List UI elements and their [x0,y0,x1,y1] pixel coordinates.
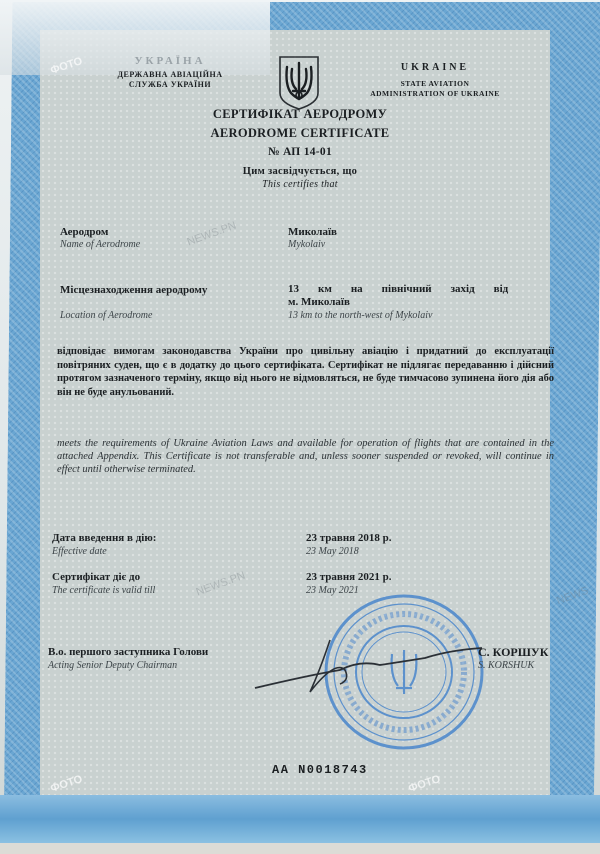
tryzub-coat-of-arms-icon [277,55,321,111]
title-ua: СЕРТИФІКАТ АЕРОДРОМУ [0,107,600,122]
header-agency-ua: ДЕРЖАВНА АВІАЦІЙНА СЛУЖБА УКРАЇНИ [90,70,250,90]
signatory-position-ua: В.о. першого заступника Голови [48,646,208,658]
effective-value-ua: 23 травня 2018 р. [306,532,392,544]
location-label-en: Location of Aerodrome [60,310,152,321]
effective-label-en: Effective date [52,546,107,557]
aerodrome-value-en: Mykolaiv [288,239,325,250]
header-agency-ua-line1: ДЕРЖАВНА АВІАЦІЙНА [90,70,250,80]
aerodrome-label-en: Name of Aerodrome [60,239,140,250]
effective-label-ua: Дата введення в дію: [52,532,156,544]
valid-label-en: The certificate is valid till [52,585,155,596]
header-agency-en-line2: ADMINISTRATION OF UKRAINE [345,89,525,99]
valid-value-ua: 23 травня 2021 р. [306,571,392,583]
header-agency-ua-line2: СЛУЖБА УКРАЇНИ [90,80,250,90]
certifies-en: This certifies that [0,179,600,190]
effective-value-en: 23 May 2018 [306,546,359,557]
handwritten-signature-icon [250,620,490,710]
certificate-number: № АП 14-01 [0,146,600,158]
serial-number: АА N0018743 [272,763,368,777]
body-text-en: meets the requirements of Ukraine Aviati… [57,437,554,476]
location-value-ua-line2: м. Миколаїв [288,296,350,308]
header-country-ua: УКРАЇНА [100,55,240,67]
location-label-ua: Місцезнаходження аеродрому [60,284,207,296]
signatory-name-ua: С. КОРШУК [478,645,548,660]
header-agency-en-line1: STATE AVIATION [345,79,525,89]
valid-label-ua: Сертифікат діє до [52,571,140,583]
body-text-ua: відповідає вимогам законодавства України… [57,345,554,399]
location-value-en: 13 km to the north-west of Mykolaiv [288,310,432,321]
location-value-ua-line1: 13 км на північний захід від [288,283,550,295]
signatory-position-en: Acting Senior Deputy Chairman [48,660,177,671]
aerodrome-value-ua: Миколаїв [288,226,337,238]
aerodrome-label-ua: Аеродром [60,226,108,238]
header-agency-en: STATE AVIATION ADMINISTRATION OF UKRAINE [345,79,525,99]
certifies-ua: Цим засвідчується, що [0,166,600,177]
signatory-name-en: S. KORSHUK [478,660,534,671]
title-en: AERODROME CERTIFICATE [0,126,600,141]
header-country-en: UKRAINE [350,62,520,73]
table-surface [0,843,600,854]
certificate-bottom-border [0,795,600,843]
